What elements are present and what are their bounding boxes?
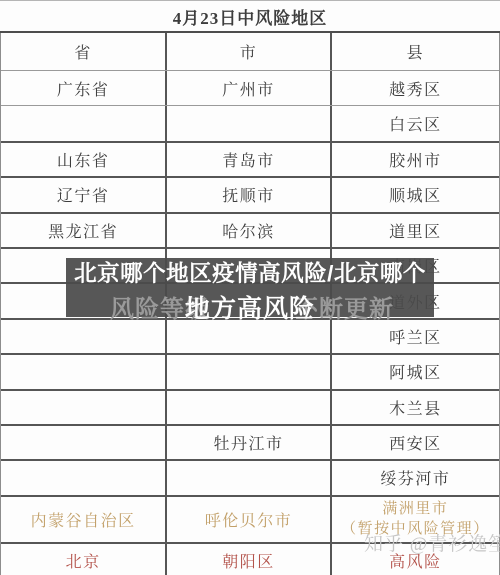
headline-overlay-banner: 北京哪个地区疫情高风险/北京哪个 风险等级 不断更新 地方高风险 bbox=[66, 258, 434, 317]
county-cell-text: 白云区 bbox=[389, 112, 442, 135]
table-row: 绥芬河市 bbox=[1, 459, 499, 494]
province-cell-text: 山东省 bbox=[57, 148, 110, 171]
county-cell: 西安区 bbox=[330, 426, 499, 459]
county-cell: 阿城区 bbox=[330, 355, 499, 388]
province-cell: 黑龙江省 bbox=[1, 214, 165, 247]
table-header-row: 省 市 县 bbox=[1, 33, 499, 70]
county-cell: 木兰县 bbox=[330, 391, 499, 424]
province-cell: 辽宁省 bbox=[1, 178, 165, 211]
county-cell: 顺城区 bbox=[330, 178, 499, 211]
table-title: 4月23日中风险地区 bbox=[0, 0, 500, 33]
county-cell-text: 胶州市 bbox=[389, 148, 442, 171]
city-cell bbox=[165, 461, 329, 494]
county-cell-text: 顺城区 bbox=[389, 183, 442, 206]
city-cell-text: 青岛市 bbox=[222, 148, 275, 171]
province-cell bbox=[1, 461, 165, 494]
table-row: 木兰县 bbox=[1, 389, 499, 424]
city-cell: 朝阳区 bbox=[165, 544, 329, 575]
province-cell bbox=[1, 355, 165, 388]
table-row: 广东省广州市越秀区 bbox=[1, 70, 499, 105]
table-row: 黑龙江省哈尔滨道里区 bbox=[1, 212, 499, 247]
header-cell-county: 县 bbox=[330, 33, 499, 70]
city-cell-text: 抚顺市 bbox=[222, 183, 275, 206]
table-row: 牡丹江市西安区 bbox=[1, 424, 499, 459]
county-cell-text: 阿城区 bbox=[389, 360, 442, 383]
city-cell-text: 牡丹江市 bbox=[213, 431, 283, 454]
table-title-text: 4月23日中风险地区 bbox=[173, 4, 328, 29]
province-cell bbox=[1, 106, 165, 140]
table-row: 阿城区 bbox=[1, 353, 499, 388]
province-cell: 内蒙谷自治区 bbox=[1, 497, 165, 542]
county-cell-text: 呼兰区 bbox=[389, 325, 442, 348]
city-cell: 广州市 bbox=[165, 71, 329, 105]
province-cell: 广东省 bbox=[1, 71, 165, 105]
county-cell-text: 越秀区 bbox=[389, 77, 442, 100]
city-cell: 哈尔滨 bbox=[165, 214, 329, 247]
table-row: 白云区 bbox=[1, 105, 499, 140]
city-cell-text: 呼伦贝尔市 bbox=[205, 508, 293, 531]
watermark: 知乎 @青衫逸笙 bbox=[364, 529, 500, 556]
city-cell: 呼伦贝尔市 bbox=[165, 497, 329, 542]
province-cell-text: 北京 bbox=[66, 549, 101, 572]
city-cell-text: 广州市 bbox=[222, 77, 275, 100]
province-cell-text: 广东省 bbox=[57, 77, 110, 100]
risk-area-table-page: 4月23日中风险地区 省 市 县 广东省广州市越秀区白云区山东省青岛市胶州市辽宁… bbox=[0, 0, 500, 575]
province-cell-text: 辽宁省 bbox=[57, 183, 110, 206]
county-cell: 绥芬河市 bbox=[330, 461, 499, 494]
table-row: 山东省青岛市胶州市 bbox=[1, 141, 499, 176]
county-cell-text: 绥芬河市 bbox=[380, 466, 450, 489]
county-cell-text: 木兰县 bbox=[389, 396, 442, 419]
county-cell: 道里区 bbox=[330, 214, 499, 247]
city-cell-text: 哈尔滨 bbox=[222, 219, 275, 242]
county-cell-text: 道里区 bbox=[389, 219, 442, 242]
county-cell-text: 西安区 bbox=[389, 431, 442, 454]
county-cell: 越秀区 bbox=[330, 71, 499, 105]
city-cell: 青岛市 bbox=[165, 143, 329, 176]
province-cell: 北京 bbox=[1, 544, 165, 575]
province-cell: 山东省 bbox=[1, 143, 165, 176]
city-cell: 牡丹江市 bbox=[165, 426, 329, 459]
city-cell-text: 朝阳区 bbox=[222, 549, 275, 572]
province-cell bbox=[1, 426, 165, 459]
headline-line2-text: 地方高风险 bbox=[66, 289, 434, 325]
table-row: 辽宁省抚顺市顺城区 bbox=[1, 176, 499, 211]
county-cell: 胶州市 bbox=[330, 143, 499, 176]
city-cell bbox=[165, 106, 329, 140]
province-cell-text: 内蒙谷自治区 bbox=[31, 508, 136, 531]
province-cell bbox=[1, 391, 165, 424]
county-cell-text: 满洲里市 bbox=[382, 499, 448, 519]
city-cell: 抚顺市 bbox=[165, 178, 329, 211]
headline-line1: 北京哪个地区疫情高风险/北京哪个 bbox=[66, 256, 434, 288]
header-cell-province: 省 bbox=[1, 33, 165, 70]
header-cell-city: 市 bbox=[165, 33, 329, 70]
headline-line2: 风险等级 不断更新 地方高风险 bbox=[66, 289, 434, 319]
city-cell bbox=[165, 391, 329, 424]
city-cell bbox=[165, 355, 329, 388]
county-cell: 白云区 bbox=[330, 106, 499, 140]
province-cell-text: 黑龙江省 bbox=[48, 219, 118, 242]
